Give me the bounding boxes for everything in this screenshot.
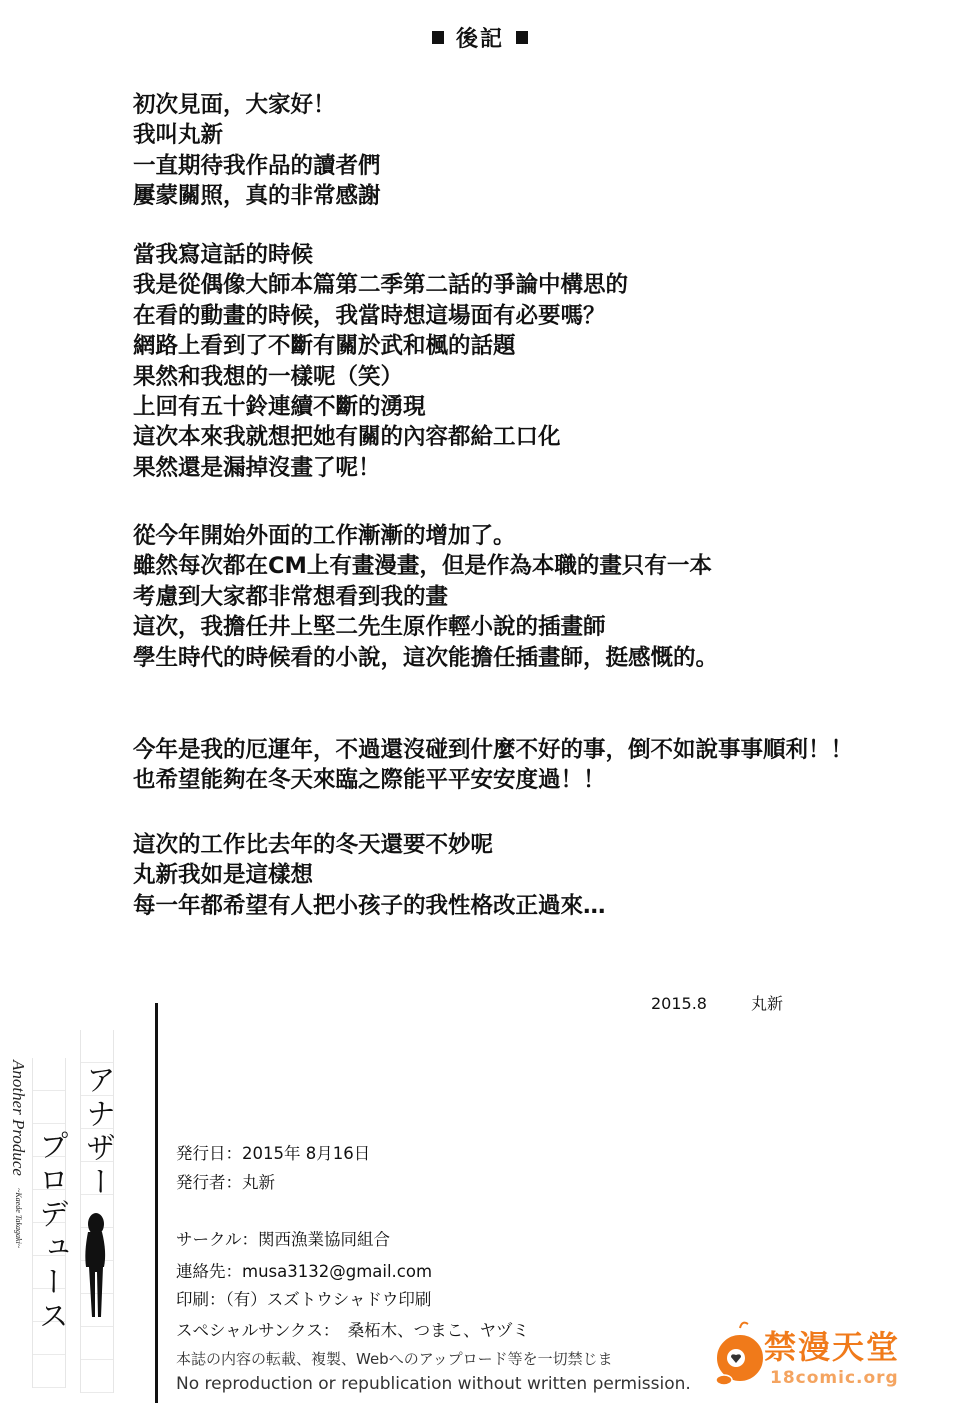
text-line: 這次本來我就想把她有關的內容都給工口化 [133, 422, 628, 452]
paragraph-5: 這次的工作比去年的冬天還要不妙呢 丸新我如是這樣想 每一年都希望有人把小孩子的我… [133, 830, 606, 921]
square-bullet-icon [516, 31, 528, 44]
signature-date: 2015.8 [651, 994, 707, 1013]
text-line: 上回有五十鈴連續不斷的湧現 [133, 392, 628, 422]
watermark: 禁漫天堂 18comic.org [712, 1320, 960, 1400]
text-line: 也希望能夠在冬天來臨之際能平平安安度過！！ [133, 765, 853, 795]
special-thanks: スペシャルサンクス： 桑柘木、つまこ、ヤヅミ [176, 1317, 529, 1341]
publisher: 発行者：丸新 [176, 1169, 275, 1193]
text-line: 果然還是漏掉沒畫了呢！ [133, 453, 628, 483]
text-line: 當我寫這話的時候 [133, 240, 628, 270]
notice-japanese: 本誌の内容の転載、複製、Webへのアップロード等を一切禁じま [176, 1348, 613, 1369]
character-silhouette-icon [82, 1212, 108, 1322]
paragraph-3: 從今年開始外面的工作漸漸的增加了。 雖然每次都在CM上有畫漫畫，但是作為本職的畫… [133, 521, 718, 673]
text-line: 這次的工作比去年的冬天還要不妙呢 [133, 830, 606, 860]
title-text: 後記 [456, 27, 504, 52]
text-line: 每一年都希望有人把小孩子的我性格改正過來… [133, 891, 606, 921]
text-line: 在看的動畫的時候，我當時想這場面有必要嗎？ [133, 301, 628, 331]
text-line: 網路上看到了不斷有關於武和楓的話題 [133, 331, 628, 361]
issue-date: 発行日：2015年 8月16日 [176, 1140, 370, 1164]
paragraph-2: 當我寫這話的時候 我是從偶像大師本篇第二季第二話的爭論中構思的 在看的動畫的時候… [133, 240, 628, 483]
text-line: 一直期待我作品的讀者們 [133, 151, 381, 181]
english-title: Another Produce ~Kaede Takagaki~ [8, 1060, 28, 1248]
mascot-logo-icon [712, 1320, 768, 1390]
text-line: 屢蒙關照，真的非常感謝 [133, 181, 381, 211]
text-line: 今年是我的厄運年，不過還沒碰到什麼不好的事，倒不如說事事順利！！ [133, 735, 853, 765]
book-cover-spine: Another Produce ~Kaede Takagaki~ アナザー プロ… [0, 1000, 150, 1403]
english-subtitle: ~Kaede Takagaki~ [14, 1188, 23, 1248]
text-line: 我是從偶像大師本篇第二季第二話的爭論中構思的 [133, 270, 628, 300]
text-line: 果然和我想的一樣呢（笑） [133, 362, 628, 392]
signature-author: 丸新 [751, 994, 783, 1013]
signature: 2015.8丸新 [651, 991, 827, 1014]
text-line: 考慮到大家都非常想看到我的畫 [133, 582, 718, 612]
notice-english: No reproduction or republication without… [176, 1374, 691, 1394]
text-line: 從今年開始外面的工作漸漸的增加了。 [133, 521, 718, 551]
watermark-name: 禁漫天堂 [764, 1322, 900, 1368]
contact-email: 連絡先：musa3132@gmail.com [176, 1258, 432, 1282]
afterword-title: 後記 [0, 22, 960, 53]
cover-title-line1: アナザー [82, 1064, 112, 1200]
text-line: 這次，我擔任井上堅二先生原作輕小說的插畫師 [133, 612, 718, 642]
paragraph-4: 今年是我的厄運年，不過還沒碰到什麼不好的事，倒不如說事事順利！！ 也希望能夠在冬… [133, 735, 853, 796]
text-line: 我叫丸新 [133, 120, 381, 150]
square-bullet-icon [432, 31, 444, 44]
english-title-text: Another Produce [9, 1060, 28, 1176]
circle: サークル：関西漁業協同組合 [176, 1226, 390, 1250]
text-line: 初次見面，大家好！ [133, 90, 381, 120]
text-line: 丸新我如是這樣想 [133, 860, 606, 890]
vertical-divider [155, 1003, 158, 1403]
printer: 印刷：（有）スズトウシャドウ印刷 [176, 1286, 431, 1310]
paragraph-1: 初次見面，大家好！ 我叫丸新 一直期待我作品的讀者們 屢蒙關照，真的非常感謝 [133, 90, 381, 212]
text-line: 學生時代的時候看的小說，這次能擔任插畫師，挺感慨的。 [133, 643, 718, 673]
text-line: 雖然每次都在CM上有畫漫畫，但是作為本職的畫只有一本 [133, 551, 718, 581]
watermark-url: 18comic.org [770, 1368, 899, 1388]
cover-title-line2: プロデュース [35, 1130, 65, 1334]
